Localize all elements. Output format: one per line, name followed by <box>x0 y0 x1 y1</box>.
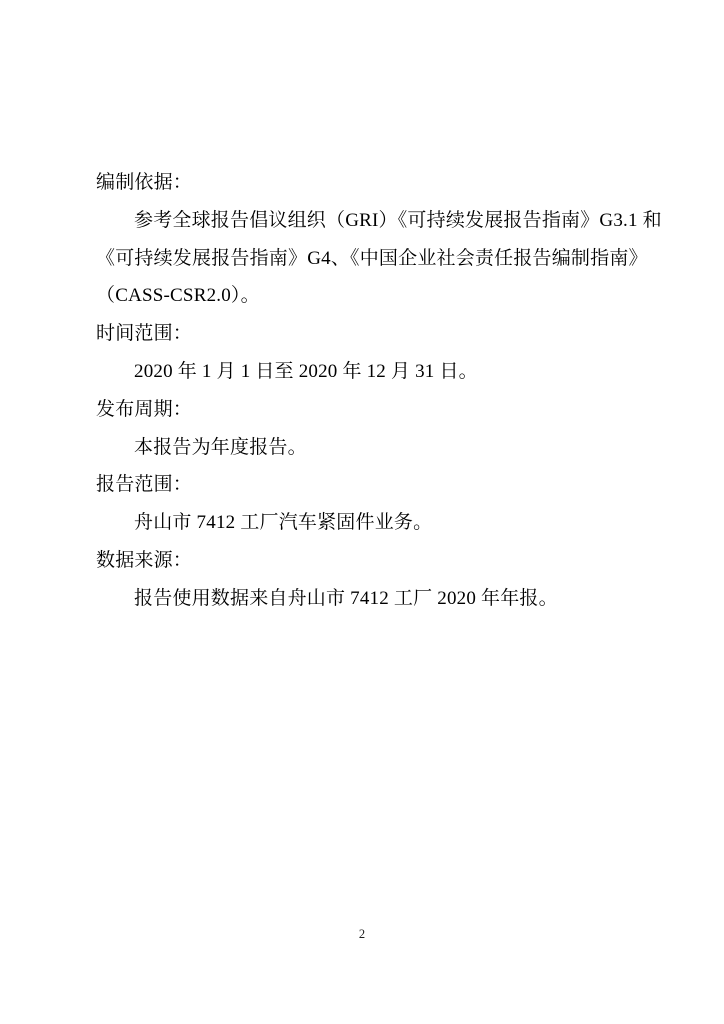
page-number: 2 <box>0 926 724 942</box>
section-label: 编制依据： <box>96 164 630 202</box>
section-data-source: 数据来源： 报告使用数据来自舟山市 7412 工厂 2020 年年报。 <box>96 542 630 618</box>
section-compilation-basis: 编制依据： 参考全球报告倡议组织（GRI）《可持续发展报告指南》G3.1 和 《… <box>96 164 630 315</box>
section-label: 报告范围： <box>96 466 630 504</box>
body-line: 参考全球报告倡议组织（GRI）《可持续发展报告指南》G3.1 和 <box>96 202 630 240</box>
document-page: 编制依据： 参考全球报告倡议组织（GRI）《可持续发展报告指南》G3.1 和 《… <box>0 0 724 1024</box>
section-label: 数据来源： <box>96 542 630 580</box>
body-line: 舟山市 7412 工厂汽车紧固件业务。 <box>96 504 630 542</box>
section-release-cycle: 发布周期： 本报告为年度报告。 <box>96 391 630 467</box>
section-time-range: 时间范围： 2020 年 1 月 1 日至 2020 年 12 月 31 日。 <box>96 315 630 391</box>
section-label: 发布周期： <box>96 391 630 429</box>
section-label: 时间范围： <box>96 315 630 353</box>
body-line: 《可持续发展报告指南》G4、《中国企业社会责任报告编制指南》 <box>96 240 630 278</box>
body-line: 本报告为年度报告。 <box>96 429 630 467</box>
document-body: 编制依据： 参考全球报告倡议组织（GRI）《可持续发展报告指南》G3.1 和 《… <box>96 164 630 618</box>
body-line: （CASS-CSR2.0）。 <box>96 277 630 315</box>
body-line: 报告使用数据来自舟山市 7412 工厂 2020 年年报。 <box>96 580 630 618</box>
body-line: 2020 年 1 月 1 日至 2020 年 12 月 31 日。 <box>96 353 630 391</box>
section-report-scope: 报告范围： 舟山市 7412 工厂汽车紧固件业务。 <box>96 466 630 542</box>
